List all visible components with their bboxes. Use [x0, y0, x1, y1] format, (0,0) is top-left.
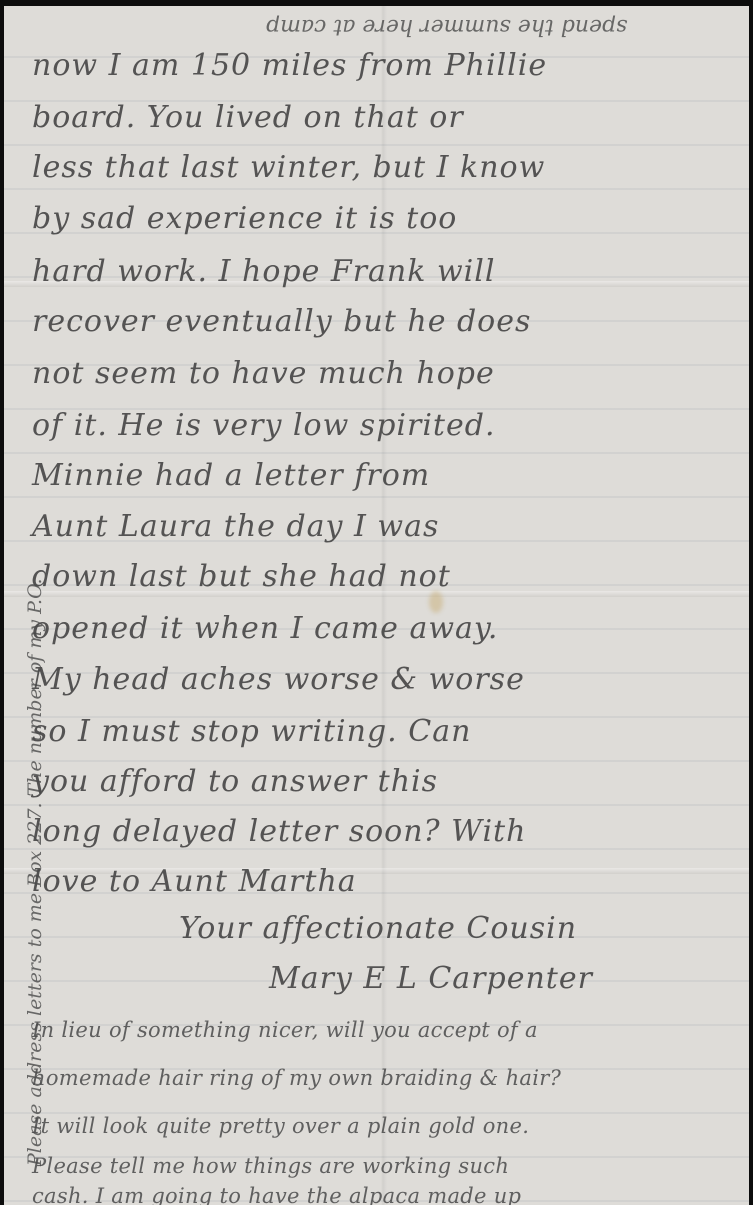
body-line: not seem to have much hope — [32, 356, 495, 391]
paper-stain — [429, 591, 443, 613]
body-line: less that last winter, but I know — [32, 150, 545, 185]
letter-page: spend the summer here at camp now I am 1… — [4, 6, 749, 1205]
postscript-line: cash. I am going to have the alpaca made… — [32, 1184, 521, 1205]
body-line: board. You lived on that or — [32, 100, 464, 135]
body-line: so I must stop writing. Can — [32, 714, 471, 749]
body-line: recover eventually but he does — [32, 304, 531, 339]
body-line: long delayed letter soon? With — [32, 814, 526, 849]
body-line: hard work. I hope Frank will — [32, 254, 495, 289]
body-line: now I am 150 miles from Phillie — [32, 48, 547, 83]
postscript-line: In lieu of something nicer, will you acc… — [32, 1018, 538, 1042]
body-line: you afford to answer this — [32, 764, 438, 799]
body-line: opened it when I came away. — [32, 611, 498, 646]
body-line: Minnie had a letter from — [32, 458, 430, 493]
postscript-line: Please tell me how things are working su… — [32, 1154, 509, 1178]
letter-closing: Your affectionate Cousin — [179, 911, 577, 946]
left-margin-note: Please address letters to me Box 227. Th… — [24, 578, 46, 1166]
postscript-line: homemade hair ring of my own braiding & … — [32, 1066, 561, 1090]
body-line: My head aches worse & worse — [32, 662, 525, 697]
inverted-header-note: spend the summer here at camp — [266, 14, 627, 39]
body-line: by sad experience it is too — [32, 201, 457, 236]
body-line: down last but she had not — [32, 559, 451, 594]
body-line: love to Aunt Martha — [32, 864, 357, 899]
body-line: Aunt Laura the day I was — [32, 509, 439, 544]
letter-signature: Mary E L Carpenter — [269, 961, 593, 996]
postscript-line: It will look quite pretty over a plain g… — [32, 1114, 529, 1138]
body-line: of it. He is very low spirited. — [32, 408, 495, 443]
